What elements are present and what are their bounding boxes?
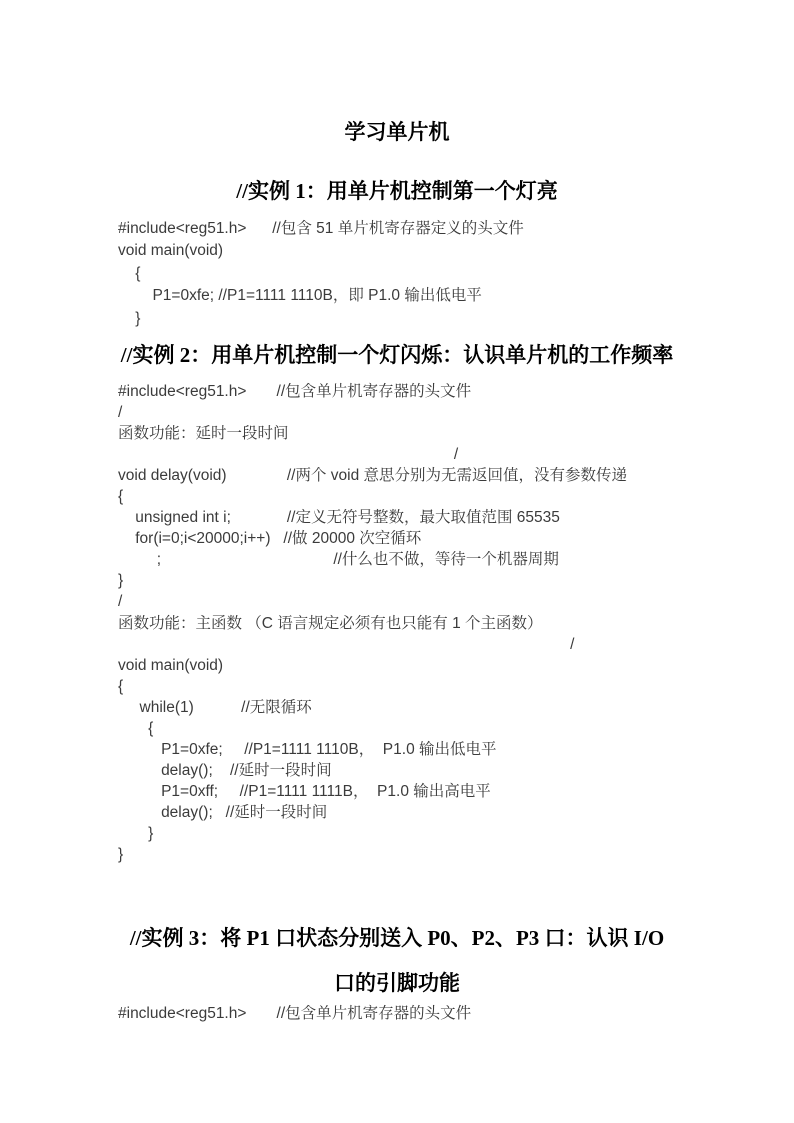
code-line: 函数功能：延时一段时间 [118,423,754,444]
code-line: void delay(void) //两个 void 意思分别为无需返回值，没有… [118,465,754,486]
code-line: { [118,263,754,285]
document-page: 学习单片机 //实例 1：用单片机控制第一个灯亮 #include<reg51.… [0,0,794,1123]
code-line: #include<reg51.h> //包含单片机寄存器的头文件 [118,1003,754,1024]
code-line: unsigned int i; //定义无符号整数，最大取值范围 65535 [118,507,754,528]
code-line: 函数功能：主函数 （C 语言规定必须有也只能有 1 个主函数） [118,613,754,634]
example2-heading: //实例 2：用单片机控制一个灯闪烁：认识单片机的工作频率 [110,341,684,369]
code-line: delay(); //延时一段时间 [118,760,754,781]
code-line: ; //什么也不做，等待一个机器周期 [118,549,754,570]
example3-heading-line1: //实例 3：将 P1 口状态分别送入 P0、P2、P3 口：认识 I/O [110,916,684,961]
code-line: } [118,823,754,844]
example1-code-block: #include<reg51.h> //包含 51 单片机寄存器定义的头文件 v… [118,218,754,330]
document-title: 学习单片机 [118,118,676,146]
code-line: delay(); //延时一段时间 [118,802,754,823]
code-line: / [118,444,754,465]
code-line: { [118,718,754,739]
code-line: } [118,308,754,330]
code-line: / [118,402,754,423]
code-line: for(i=0;i<20000;i++) //做 20000 次空循环 [118,528,754,549]
example2-code-block: #include<reg51.h> //包含单片机寄存器的头文件 / 函数功能：… [118,381,754,865]
code-line: P1=0xfe; //P1=1111 1110B， P1.0 输出低电平 [118,739,754,760]
code-line: / [118,634,754,655]
example1-heading: //实例 1：用单片机控制第一个灯亮 [110,177,684,205]
code-line: void main(void) [118,240,754,262]
example3-heading-line2: 口的引脚功能 [110,961,684,1006]
code-line: #include<reg51.h> //包含 51 单片机寄存器定义的头文件 [118,218,754,240]
code-line: { [118,486,754,507]
code-line: { [118,676,754,697]
code-line: P1=0xfe; //P1=1111 1110B，即 P1.0 输出低电平 [118,285,754,307]
code-line: / [118,591,754,612]
example3-heading: //实例 3：将 P1 口状态分别送入 P0、P2、P3 口：认识 I/O 口的… [110,916,684,1006]
code-line: void main(void) [118,655,754,676]
code-line: while(1) //无限循环 [118,697,754,718]
code-line: } [118,570,754,591]
code-line: #include<reg51.h> //包含单片机寄存器的头文件 [118,381,754,402]
code-line: P1=0xff; //P1=1111 1111B， P1.0 输出高电平 [118,781,754,802]
code-line: } [118,844,754,865]
example3-code-block: #include<reg51.h> //包含单片机寄存器的头文件 [118,1003,754,1024]
